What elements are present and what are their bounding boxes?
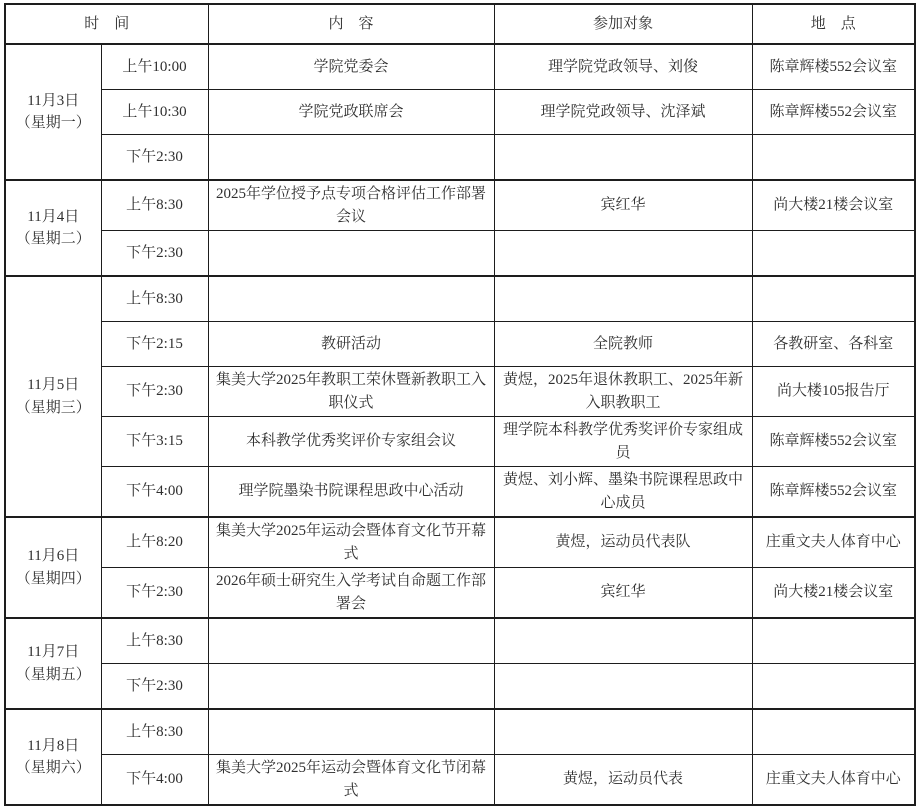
table-row: 下午2:30	[5, 231, 915, 277]
table-row: 下午2:30 2026年硕士研究生入学考试自命题工作部署会 宾红华 尚大楼21楼…	[5, 568, 915, 619]
weekly-schedule-table: 时 间 内 容 参加对象 地 点 11月3日 （星期一） 上午10:00 学院党…	[4, 3, 916, 806]
table-row: 上午10:30 学院党政联席会 理学院党政领导、沈泽斌 陈章辉楼552会议室	[5, 90, 915, 135]
time-cell: 上午8:30	[101, 709, 208, 755]
table-row: 11月3日 （星期一） 上午10:00 学院党委会 理学院党政领导、刘俊 陈章辉…	[5, 44, 915, 90]
participants-cell: 黄煜，运动员代表	[494, 755, 752, 806]
content-cell: 理学院墨染书院课程思政中心活动	[208, 467, 494, 518]
time-cell: 下午2:30	[101, 135, 208, 181]
table-row: 下午4:00 理学院墨染书院课程思政中心活动 黄煜、刘小辉、墨染书院课程思政中心…	[5, 467, 915, 518]
location-cell: 陈章辉楼552会议室	[752, 417, 915, 467]
table-row: 下午2:30	[5, 135, 915, 181]
table-row: 下午2:30	[5, 664, 915, 710]
content-cell: 2025年学位授予点专项合格评估工作部署会议	[208, 180, 494, 231]
date-cell: 11月6日 （星期四）	[5, 517, 101, 618]
participants-cell	[494, 709, 752, 755]
location-cell: 尚大楼105报告厅	[752, 367, 915, 417]
table-row: 11月4日 （星期二） 上午8:30 2025年学位授予点专项合格评估工作部署会…	[5, 180, 915, 231]
participants-cell: 黄煜，运动员代表队	[494, 517, 752, 568]
date-text: 11月4日	[13, 206, 94, 229]
date-text: 11月5日	[13, 374, 94, 397]
content-cell	[208, 231, 494, 277]
participants-cell	[494, 135, 752, 181]
time-cell: 下午2:30	[101, 568, 208, 619]
weekday-text: （星期六）	[13, 757, 94, 780]
time-cell: 上午8:20	[101, 517, 208, 568]
table-row: 下午3:15 本科教学优秀奖评价专家组会议 理学院本科教学优秀奖评价专家组成员 …	[5, 417, 915, 467]
date-text: 11月3日	[13, 90, 94, 113]
content-cell: 集美大学2025年运动会暨体育文化节开幕式	[208, 517, 494, 568]
location-cell	[752, 664, 915, 710]
content-cell	[208, 135, 494, 181]
participants-cell: 宾红华	[494, 180, 752, 231]
time-cell: 上午8:30	[101, 180, 208, 231]
content-cell: 集美大学2025年运动会暨体育文化节闭幕式	[208, 755, 494, 806]
header-content: 内 容	[208, 4, 494, 44]
participants-cell: 黄煜，2025年退休教职工、2025年新入职教职工	[494, 367, 752, 417]
content-cell: 2026年硕士研究生入学考试自命题工作部署会	[208, 568, 494, 619]
time-cell: 下午2:30	[101, 231, 208, 277]
time-cell: 下午2:15	[101, 322, 208, 367]
header-row: 时 间 内 容 参加对象 地 点	[5, 4, 915, 44]
table-row: 11月6日 （星期四） 上午8:20 集美大学2025年运动会暨体育文化节开幕式…	[5, 517, 915, 568]
location-cell	[752, 135, 915, 181]
content-cell	[208, 618, 494, 664]
participants-cell: 全院教师	[494, 322, 752, 367]
date-cell: 11月4日 （星期二）	[5, 180, 101, 276]
time-cell: 下午2:30	[101, 367, 208, 417]
header-time: 时 间	[5, 4, 208, 44]
participants-cell	[494, 231, 752, 277]
date-cell: 11月7日 （星期五）	[5, 618, 101, 709]
location-cell	[752, 276, 915, 322]
weekday-text: （星期五）	[13, 664, 94, 687]
location-cell	[752, 618, 915, 664]
weekday-text: （星期二）	[13, 228, 94, 251]
participants-cell	[494, 664, 752, 710]
time-cell: 下午3:15	[101, 417, 208, 467]
date-text: 11月7日	[13, 641, 94, 664]
content-cell	[208, 276, 494, 322]
location-cell: 尚大楼21楼会议室	[752, 568, 915, 619]
location-cell: 各教研室、各科室	[752, 322, 915, 367]
weekday-text: （星期四）	[13, 568, 94, 591]
content-cell: 学院党政联席会	[208, 90, 494, 135]
content-cell: 本科教学优秀奖评价专家组会议	[208, 417, 494, 467]
location-cell	[752, 231, 915, 277]
content-cell	[208, 664, 494, 710]
date-text: 11月8日	[13, 735, 94, 758]
table-row: 下午2:15 教研活动 全院教师 各教研室、各科室	[5, 322, 915, 367]
table-row: 11月7日 （星期五） 上午8:30	[5, 618, 915, 664]
time-cell: 上午8:30	[101, 618, 208, 664]
date-text: 11月6日	[13, 545, 94, 568]
participants-cell: 黄煜、刘小辉、墨染书院课程思政中心成员	[494, 467, 752, 518]
time-cell: 下午2:30	[101, 664, 208, 710]
content-cell	[208, 709, 494, 755]
participants-cell	[494, 618, 752, 664]
table-row: 下午4:00 集美大学2025年运动会暨体育文化节闭幕式 黄煜，运动员代表 庄重…	[5, 755, 915, 806]
time-cell: 上午10:00	[101, 44, 208, 90]
location-cell: 陈章辉楼552会议室	[752, 90, 915, 135]
time-cell: 上午10:30	[101, 90, 208, 135]
participants-cell	[494, 276, 752, 322]
weekday-text: （星期一）	[13, 112, 94, 135]
header-location: 地 点	[752, 4, 915, 44]
date-cell: 11月3日 （星期一）	[5, 44, 101, 180]
location-cell: 庄重文夫人体育中心	[752, 755, 915, 806]
participants-cell: 理学院本科教学优秀奖评价专家组成员	[494, 417, 752, 467]
location-cell: 庄重文夫人体育中心	[752, 517, 915, 568]
date-cell: 11月8日 （星期六）	[5, 709, 101, 805]
schedule-sheet: 时 间 内 容 参加对象 地 点 11月3日 （星期一） 上午10:00 学院党…	[4, 3, 914, 749]
participants-cell: 理学院党政领导、沈泽斌	[494, 90, 752, 135]
table-row: 11月5日 （星期三） 上午8:30	[5, 276, 915, 322]
time-cell: 下午4:00	[101, 467, 208, 518]
participants-cell: 理学院党政领导、刘俊	[494, 44, 752, 90]
content-cell: 学院党委会	[208, 44, 494, 90]
header-participants: 参加对象	[494, 4, 752, 44]
weekday-text: （星期三）	[13, 397, 94, 420]
location-cell: 陈章辉楼552会议室	[752, 44, 915, 90]
time-cell: 上午8:30	[101, 276, 208, 322]
table-row: 下午2:30 集美大学2025年教职工荣休暨新教职工入职仪式 黄煜，2025年退…	[5, 367, 915, 417]
time-cell: 下午4:00	[101, 755, 208, 806]
content-cell: 集美大学2025年教职工荣休暨新教职工入职仪式	[208, 367, 494, 417]
content-cell: 教研活动	[208, 322, 494, 367]
location-cell: 尚大楼21楼会议室	[752, 180, 915, 231]
participants-cell: 宾红华	[494, 568, 752, 619]
location-cell	[752, 709, 915, 755]
date-cell: 11月5日 （星期三）	[5, 276, 101, 517]
location-cell: 陈章辉楼552会议室	[752, 467, 915, 518]
table-row: 11月8日 （星期六） 上午8:30	[5, 709, 915, 755]
